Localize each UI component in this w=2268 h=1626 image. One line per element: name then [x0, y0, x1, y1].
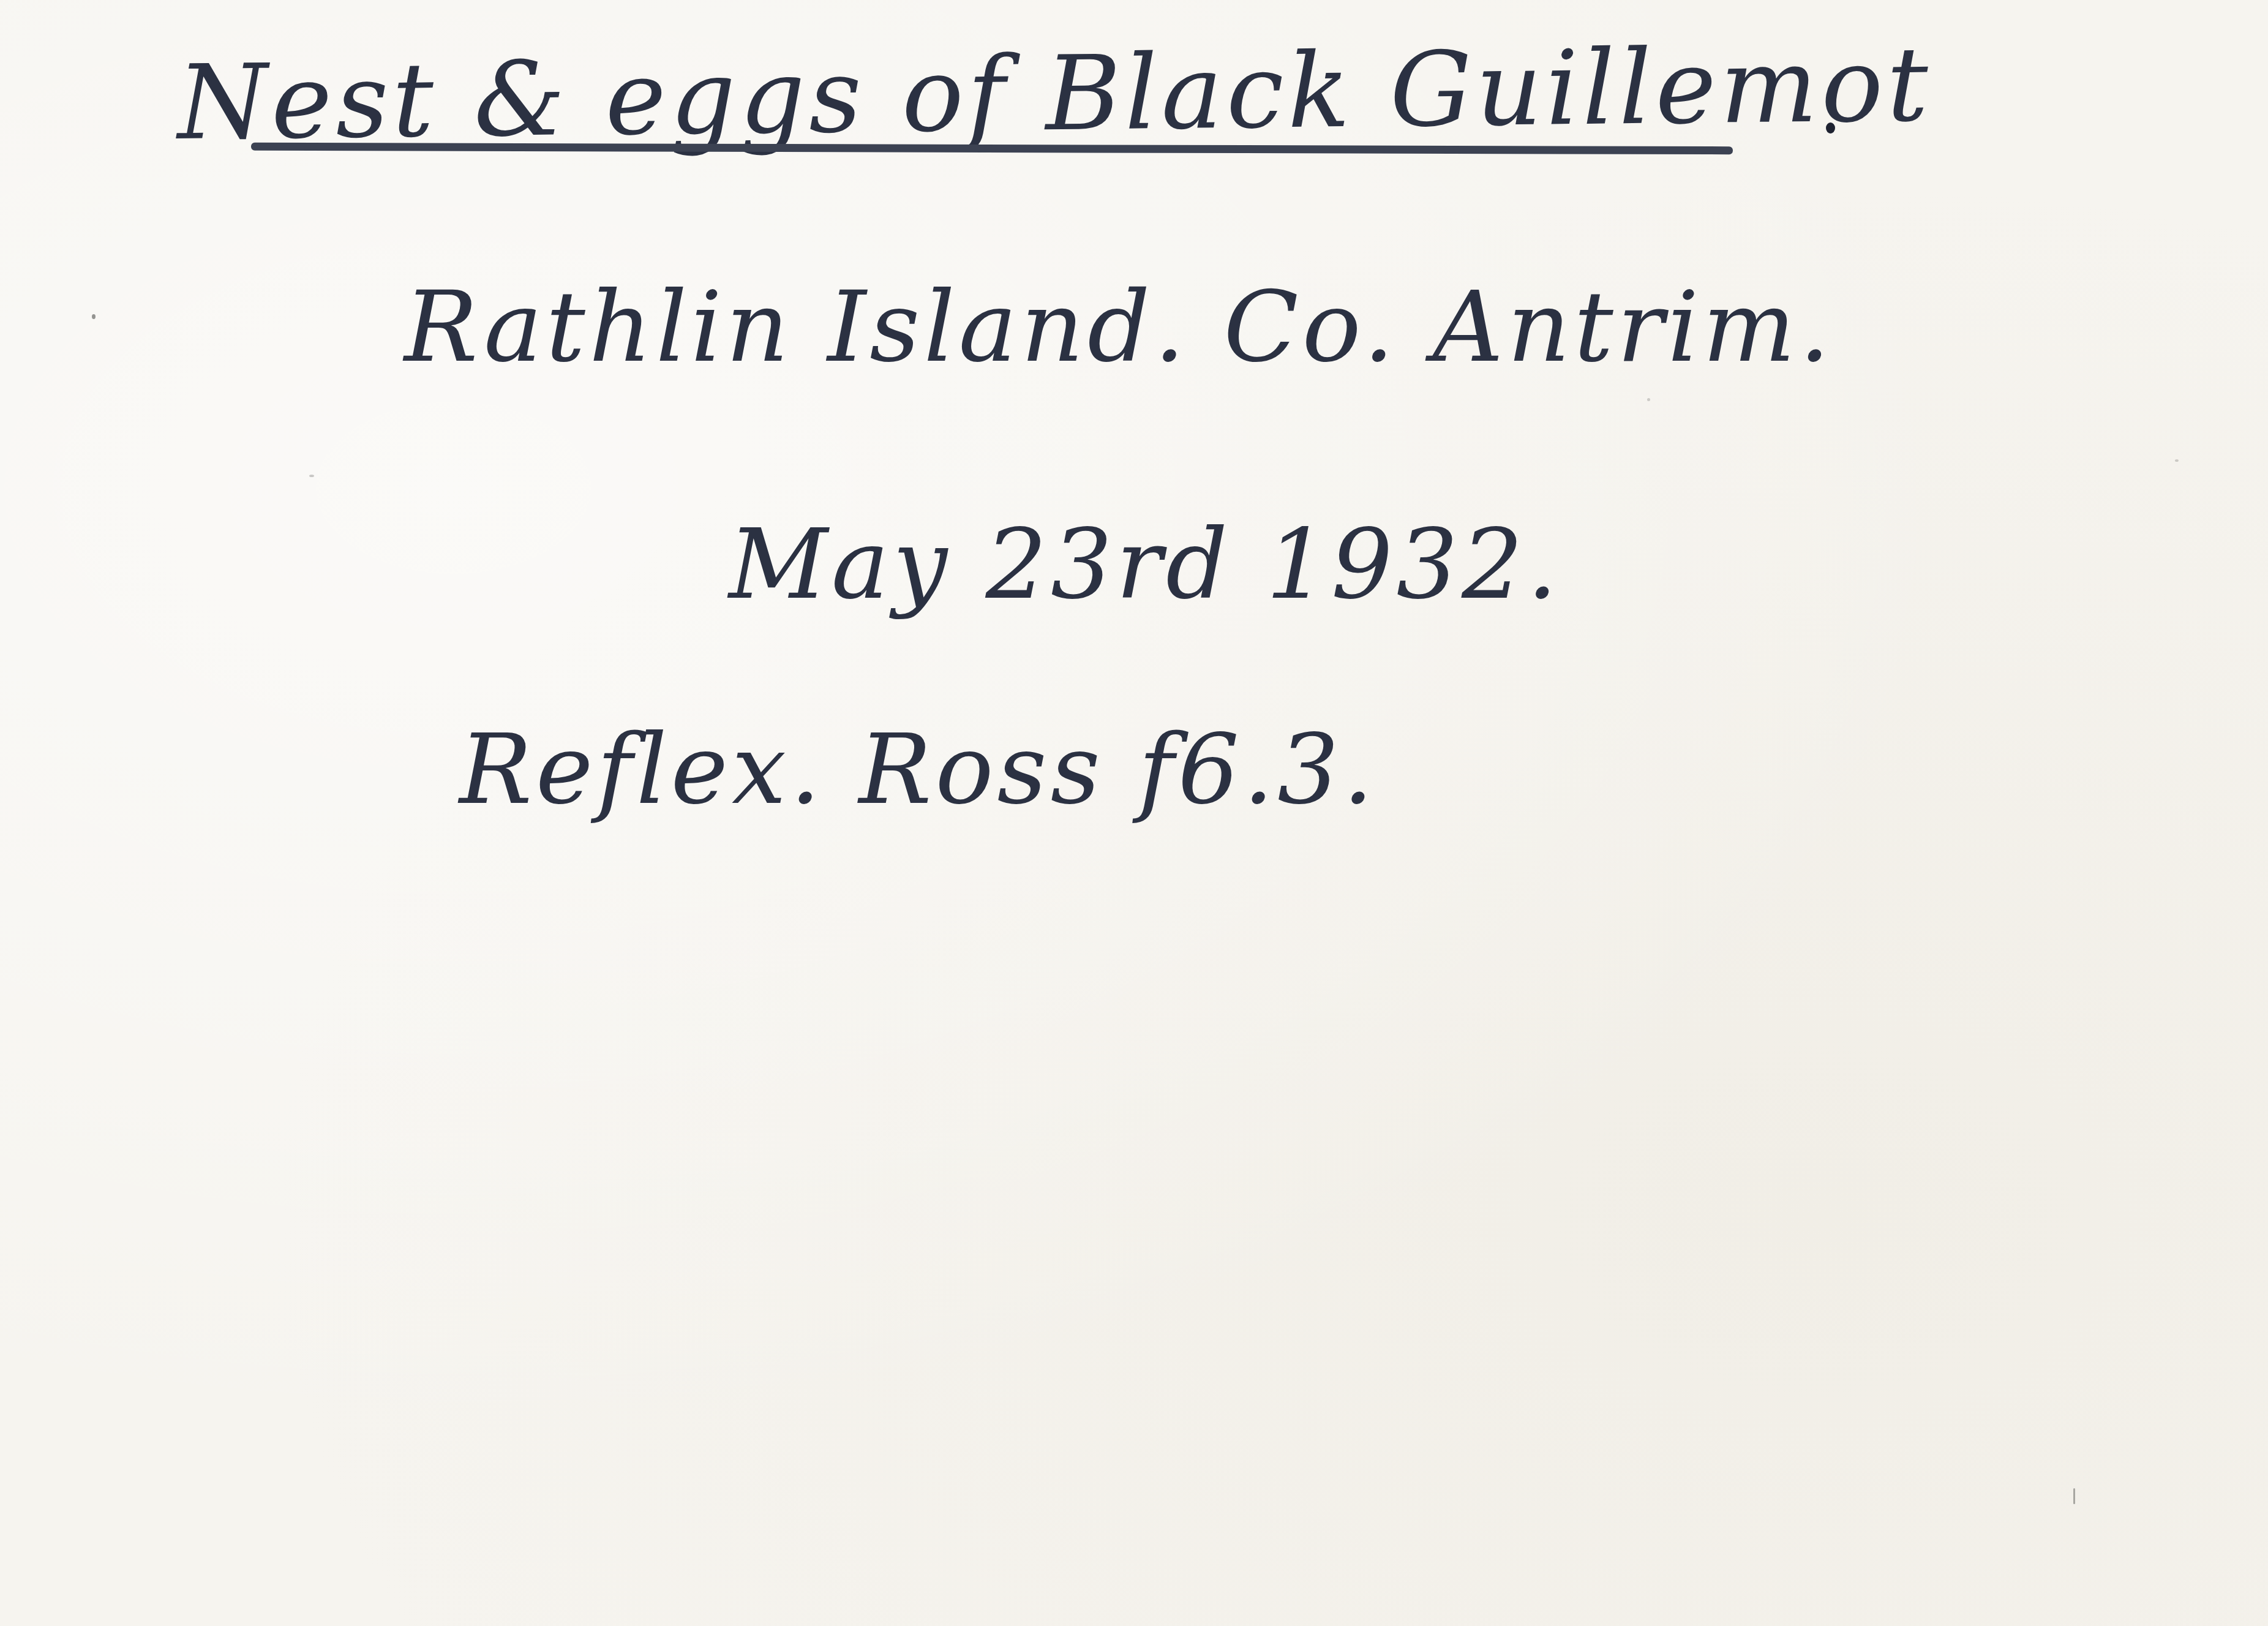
title-line: Nest & eggs of Black Guillemot: [177, 24, 1932, 163]
paper-speck: [1647, 398, 1650, 401]
camera-text: Reflex. Ross f6.3.: [459, 713, 1377, 826]
camera-line: Reflex. Ross f6.3.: [459, 713, 1377, 826]
paper-speck: [2175, 459, 2179, 462]
paper-speck: [2073, 1488, 2075, 1504]
paper-card: Nest & eggs of Black Guillemot Rathlin I…: [0, 0, 2268, 1626]
location-text: Rathlin Island. Co. Antrim.: [404, 269, 1834, 384]
location-line: Rathlin Island. Co. Antrim.: [404, 269, 1834, 384]
paper-speck: [309, 475, 314, 477]
date-text: May 23rd 1932.: [729, 508, 1561, 621]
title-text: Nest & eggs of Black Guillemot: [177, 24, 1932, 163]
date-line: May 23rd 1932.: [729, 508, 1561, 621]
title-period-mark: [1826, 122, 1835, 134]
paper-speck: [92, 314, 96, 319]
